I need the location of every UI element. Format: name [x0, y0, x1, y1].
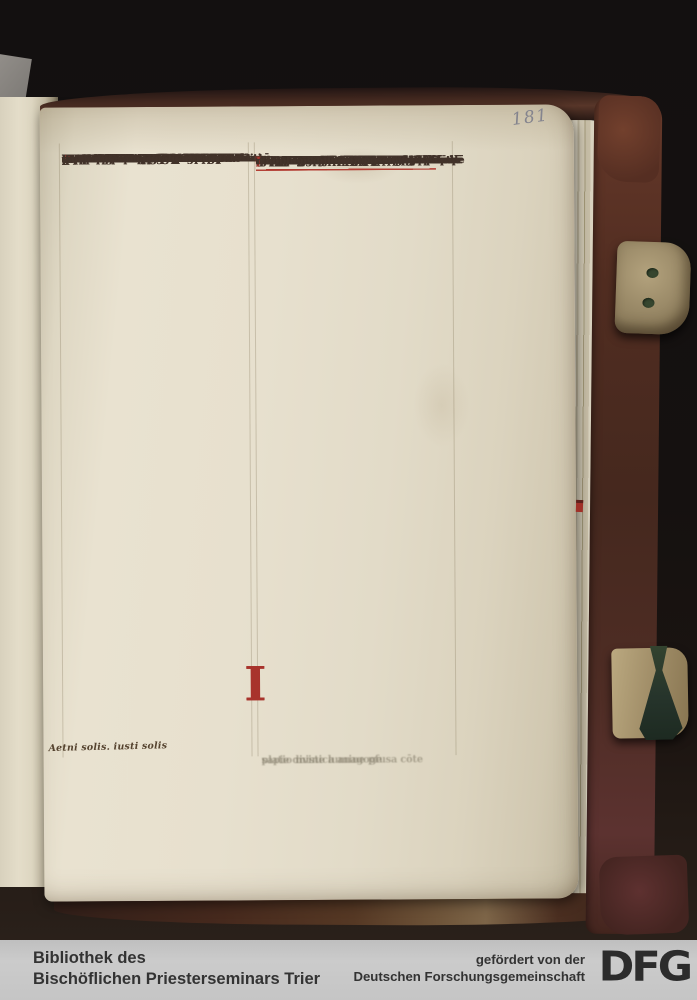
- page-number: 181: [511, 105, 550, 130]
- library-name-line1: Bibliothek des: [33, 948, 320, 969]
- clasp-metal-catch: [635, 645, 683, 740]
- book-clasp-top: [614, 241, 691, 336]
- footer-bar: Bibliothek des Bischöflichen Priestersem…: [0, 940, 697, 1000]
- ruling-line: [452, 141, 457, 755]
- show-through-text: sapie divine lumine pfusa cōteplatio mis…: [262, 753, 468, 754]
- funding-credit: gefördert von der Deutschen Forschungsge…: [353, 952, 585, 985]
- show-through-line: platio mistica anagoge: [262, 754, 383, 768]
- manuscript-page: 181 dū beātidinē cōsūmatā stat p cristop…: [40, 104, 579, 901]
- text-column-1: dū beātidinē cōsūmatā stat p cristoproce…: [62, 151, 246, 152]
- red-bookmark-tab: [576, 500, 583, 512]
- margin-note: Aetni solis. iusti solis: [48, 739, 218, 754]
- library-name-line2: Bischöflichen Priesterseminars Trier: [33, 969, 320, 990]
- library-name: Bibliothek des Bischöflichen Priestersem…: [33, 948, 320, 990]
- dfg-logo: DFG: [599, 943, 690, 991]
- clasp-rivet: [646, 268, 658, 278]
- clasp-rivet: [642, 298, 654, 308]
- rubricated-initial: I: [244, 662, 262, 710]
- ruling-line: [59, 144, 64, 758]
- funding-line2: Deutschen Forschungsgemeinschaft: [353, 969, 585, 986]
- book-cover-corner-bottom: [599, 854, 690, 935]
- book-clasp-bottom: [611, 647, 689, 738]
- text-column-2: simplū pfecta nō possum ipsū magis amarē…: [256, 153, 450, 154]
- manuscript-photo: 181 dū beātidinē cōsūmatā stat p cristop…: [0, 0, 697, 1000]
- funding-line1: gefördert von der: [353, 952, 585, 969]
- book-cover-right: [586, 96, 663, 935]
- book-cover-corner-top: [597, 95, 662, 183]
